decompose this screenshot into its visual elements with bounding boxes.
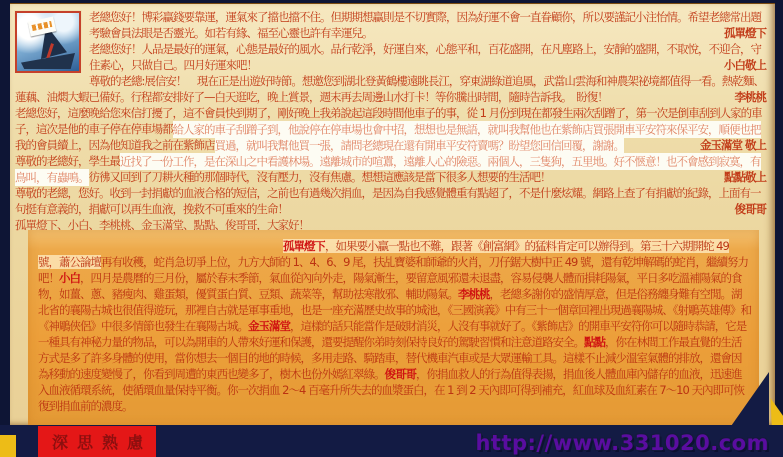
member-name: 俊哥哥 xyxy=(385,367,417,381)
member-name: 李桃桃 xyxy=(458,287,490,301)
letter: 尊敬的老總:展信安！ 現在正是出遊好時節。想邀您到湖北登黃鶴樓遠眺長江，穿東湖綠… xyxy=(15,73,766,105)
member-name: 小白 xyxy=(59,271,80,285)
letter: 老總您好！博彩贏錢要靠運，運氣來了擋也擋不住。但期期想贏則是不切實際，因為好運不… xyxy=(15,9,766,41)
signature: 孤單燈下 xyxy=(724,25,766,41)
signature: 金玉滿堂 敬上 xyxy=(692,137,766,153)
site-url-link[interactable]: http://www.331020.com xyxy=(475,431,769,455)
reply-paragraph: 孤單燈下，如果要小贏一點也不難，跟著《創富網》的猛料肯定可以辦得到。第三十六期開… xyxy=(28,230,759,414)
letters-page: 老總您好！博彩贏錢要靠運，運氣來了擋也擋不住。但期期想贏則是不切實際，因為好運不… xyxy=(10,3,775,426)
sailboat-flag-logo xyxy=(15,11,81,73)
letter: 老總您好，這麼晚給您來信打擾了，這不會員快到期了，剛好晚上我弟說起這段時間他車子… xyxy=(15,105,766,153)
member-name: 點點 xyxy=(584,335,605,349)
bottom-bar: 深思熟慮 http://www.331020.com xyxy=(0,425,783,457)
signature: 俊哥哥 xyxy=(727,201,767,217)
yellow-corner-square xyxy=(0,435,16,457)
member-name: 孤單燈下 xyxy=(283,239,325,253)
signature: 點點敬上 xyxy=(716,169,766,185)
letter: 尊敬的老總，您好。收到一封捐獻的血液合格的短信，之前也有過幾次捐血，是因為自我感… xyxy=(15,185,766,217)
page-root: { "colors":{ "paper_tan":"#ecd7a0","text… xyxy=(0,0,783,457)
reply-panel: 孤單燈下，如果要小贏一點也不難，跟著《創富網》的猛料肯定可以辦得到。第三十六期開… xyxy=(28,230,759,426)
letters-list: 老總您好！博彩贏錢要靠運，運氣來了擋也擋不住。但期期想贏則是不切實際，因為好運不… xyxy=(15,9,766,233)
member-name: 金玉滿堂 xyxy=(248,319,290,333)
signature: 小白敬上 xyxy=(724,57,766,73)
signature: 李桃桃 xyxy=(735,89,767,105)
letter: 尊敬的老總好，學生最近找了一份工作，是在深山之中看護林場。遠離城市的喧囂，遠離人… xyxy=(15,153,766,185)
motto-stamp: 深思熟慮 xyxy=(38,426,156,457)
letter: 老總您好！人品是最好的運氣，心態是最好的風水。品行乾淨，好運自來，心態平和，百花… xyxy=(15,41,766,73)
